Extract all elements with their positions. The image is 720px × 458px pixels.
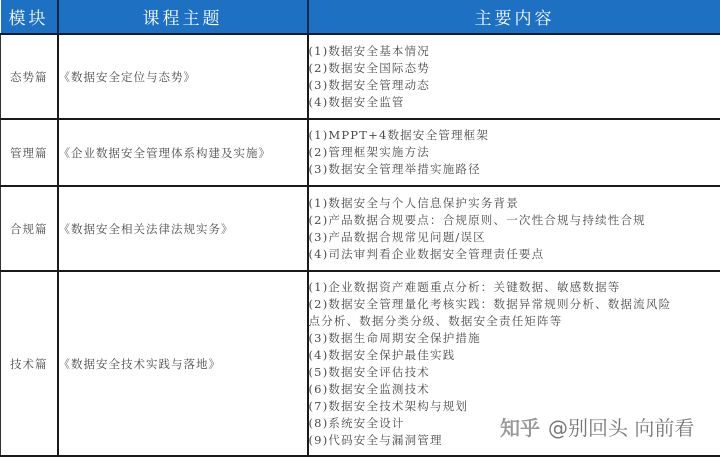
topic-cell: 《数据安全相关法律法规实务》 xyxy=(58,186,308,271)
module-cell: 技术篇 xyxy=(1,271,58,456)
module-cell: 合规篇 xyxy=(1,186,58,271)
content-line: (3)产品数据合规常见问题/误区 xyxy=(309,229,720,246)
content-line: (3)数据安全管理动态 xyxy=(309,77,720,94)
header-topic: 课程主题 xyxy=(58,0,308,34)
content-line: (3)数据安全管理举措实施路径 xyxy=(309,161,720,178)
content-line: (4)数据安全监管 xyxy=(309,94,720,111)
content-cell: (1)数据安全与个人信息保护实务背景 (2)产品数据合规要点：合规原则、一次性合… xyxy=(308,186,720,271)
module-cell: 管理篇 xyxy=(1,119,58,186)
header-row: 模块 课程主题 主要内容 xyxy=(1,0,720,34)
topic-cell: 《数据安全技术实践与落地》 xyxy=(58,271,308,456)
content-line: (1)数据安全基本情况 xyxy=(309,43,720,60)
table-row: 管理篇 《企业数据安全管理体系构建及实施》 (1)MPPT+4数据安全管理框架 … xyxy=(1,119,720,186)
content-line: (1)MPPT+4数据安全管理框架 xyxy=(309,127,720,144)
watermark: 知乎@别回头 向前看 xyxy=(500,412,694,441)
content-line: (1)企业数据资产难题重点分析：关键数据、敏感数据等 xyxy=(309,279,720,296)
module-cell: 态势篇 xyxy=(1,34,58,119)
topic-cell: 《企业数据安全管理体系构建及实施》 xyxy=(58,119,308,186)
content-line: 点分析、数据分类分级、数据安全责任矩阵等 xyxy=(309,313,720,330)
table-row: 合规篇 《数据安全相关法律法规实务》 (1)数据安全与个人信息保护实务背景 (2… xyxy=(1,186,720,271)
content-line: (4)司法审判看企业数据安全管理责任要点 xyxy=(309,246,720,263)
content-line: (2)数据安全国际态势 xyxy=(309,60,720,77)
content-line: (2)数据安全管理量化考核实践：数据异常规则分析、数据流风险 xyxy=(309,296,720,313)
content-line: (3)数据生命周期安全保护措施 xyxy=(309,330,720,347)
header-module: 模块 xyxy=(1,0,58,34)
content-line: (1)数据安全与个人信息保护实务背景 xyxy=(309,195,720,212)
header-content: 主要内容 xyxy=(308,0,720,34)
content-line: (6)数据安全监测技术 xyxy=(309,381,720,398)
content-line: (5)数据安全评估技术 xyxy=(309,364,720,381)
course-table: 模块 课程主题 主要内容 态势篇 《数据安全定位与态势》 (1)数据安全基本情况… xyxy=(0,0,720,457)
content-line: (4)数据安全保护最佳实践 xyxy=(309,347,720,364)
content-line: (2)管理框架实施方法 xyxy=(309,144,720,161)
zhihu-logo-icon: 知乎 xyxy=(500,416,540,440)
content-cell: (1)数据安全基本情况 (2)数据安全国际态势 (3)数据安全管理动态 (4)数… xyxy=(308,34,720,119)
content-cell: (1)MPPT+4数据安全管理框架 (2)管理框架实施方法 (3)数据安全管理举… xyxy=(308,119,720,186)
table-row: 态势篇 《数据安全定位与态势》 (1)数据安全基本情况 (2)数据安全国际态势 … xyxy=(1,34,720,119)
watermark-handle: @别回头 向前看 xyxy=(548,416,694,440)
topic-cell: 《数据安全定位与态势》 xyxy=(58,34,308,119)
content-line: (2)产品数据合规要点：合规原则、一次性合规与持续性合规 xyxy=(309,212,720,229)
